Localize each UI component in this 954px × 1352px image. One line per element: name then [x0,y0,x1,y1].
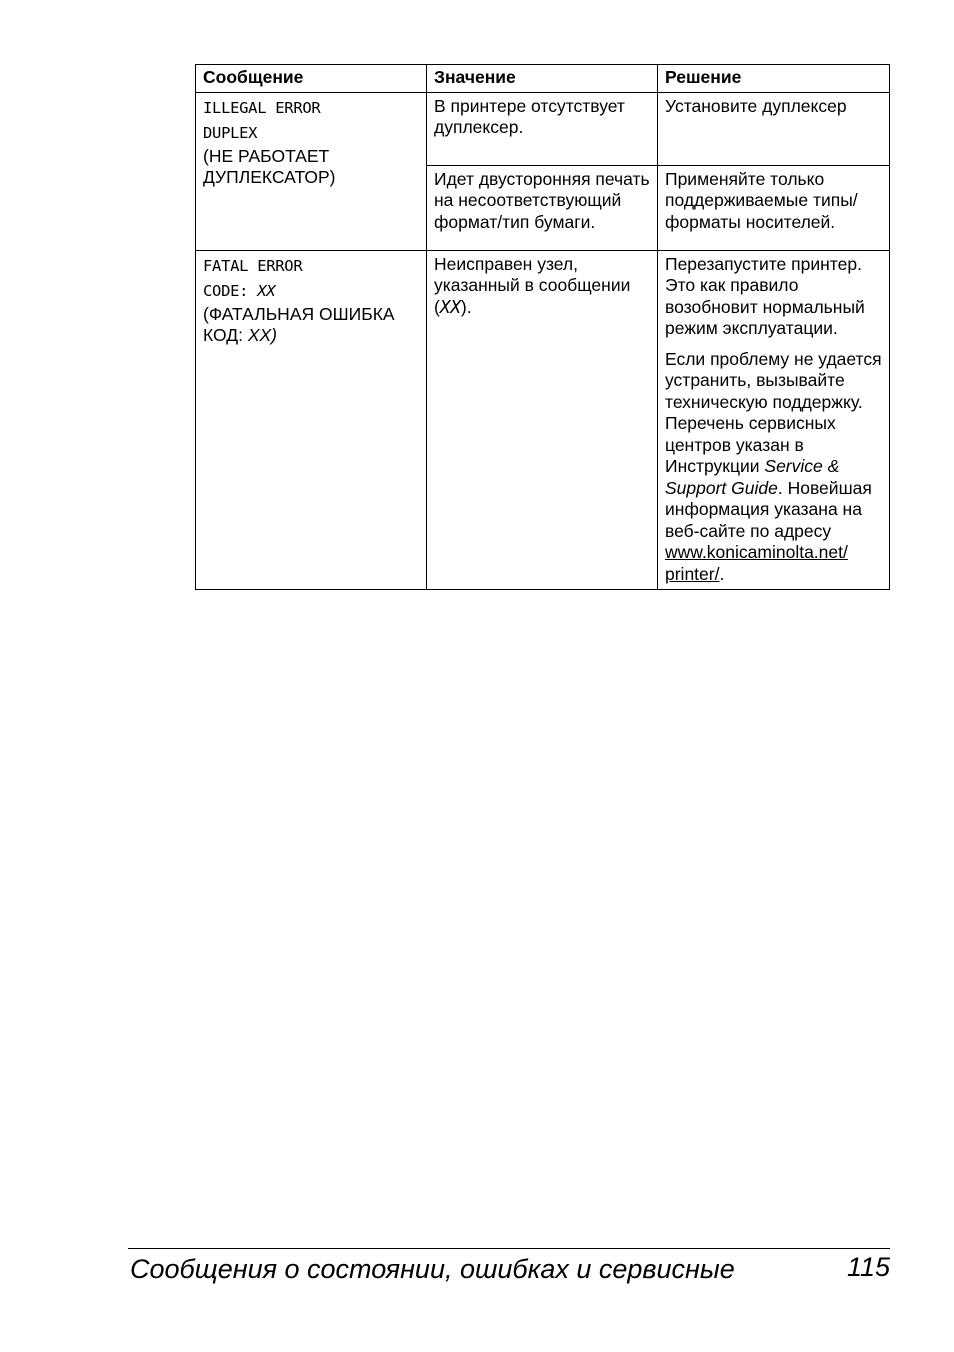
footer-divider [128,1248,890,1249]
translation-variable: XX) [248,325,277,345]
table-header-row: Сообщение Значение Решение [196,65,890,93]
meaning-suffix: ). [461,297,472,317]
message-code-line: DUPLEX [203,121,419,146]
translation-prefix: (ФАТАЛЬНАЯ ОШИБКА КОД: [203,304,395,346]
solution-paragraph: Если проблему не удается устранить, вызы… [665,349,882,586]
message-translation: (ФАТАЛЬНАЯ ОШИБКА КОД: XX) [203,304,419,347]
header-solution: Решение [658,65,890,93]
message-cell-illegal-error-duplex: ILLEGAL ERROR DUPLEX (НЕ РАБОТАЕТ ДУПЛЕК… [196,92,427,250]
solution-cell: Установите дуплексер [658,92,890,165]
konicaminolta-link[interactable]: www.konicaminolta.net/printer/ [665,542,848,584]
message-code-line: CODE: XX [203,279,419,304]
code-variable: XX [257,282,275,300]
page-number: 115 [847,1250,890,1284]
link-text[interactable]: www.konicaminolta.net/ [665,542,848,562]
meaning-cell: Неисправен узел, указанный в сообщении (… [427,250,658,590]
solution-cell: Перезапустите принтер. Это как правило в… [658,250,890,590]
meaning-cell: В принтере отсутствует дуплексер. [427,92,658,165]
link-text[interactable]: printer/ [665,564,719,584]
table-row: ILLEGAL ERROR DUPLEX (НЕ РАБОТАЕТ ДУПЛЕК… [196,92,890,165]
meaning-variable: XX [440,298,461,318]
solution-end: . [719,564,724,584]
solution-paragraph: Перезапустите принтер. Это как правило в… [665,254,882,340]
header-meaning: Значение [427,65,658,93]
table-row: FATAL ERROR CODE: XX (ФАТАЛЬНАЯ ОШИБКА К… [196,250,890,590]
message-code-line: ILLEGAL ERROR [203,96,419,121]
meaning-cell: Идет двусторонняя печать на несоответств… [427,165,658,250]
code-prefix: CODE: [203,282,257,300]
solution-cell: Применяйте только поддерживаемые типы/ ф… [658,165,890,250]
header-message: Сообщение [196,65,427,93]
message-code-line: FATAL ERROR [203,254,419,279]
footer-chapter-title: Сообщения о состоянии, ошибках и сервисн… [130,1252,735,1286]
message-translation: (НЕ РАБОТАЕТ ДУПЛЕКСАТОР) [203,146,419,189]
message-cell-fatal-error-code: FATAL ERROR CODE: XX (ФАТАЛЬНАЯ ОШИБКА К… [196,250,427,590]
error-messages-table: Сообщение Значение Решение ILLEGAL ERROR… [195,64,890,590]
